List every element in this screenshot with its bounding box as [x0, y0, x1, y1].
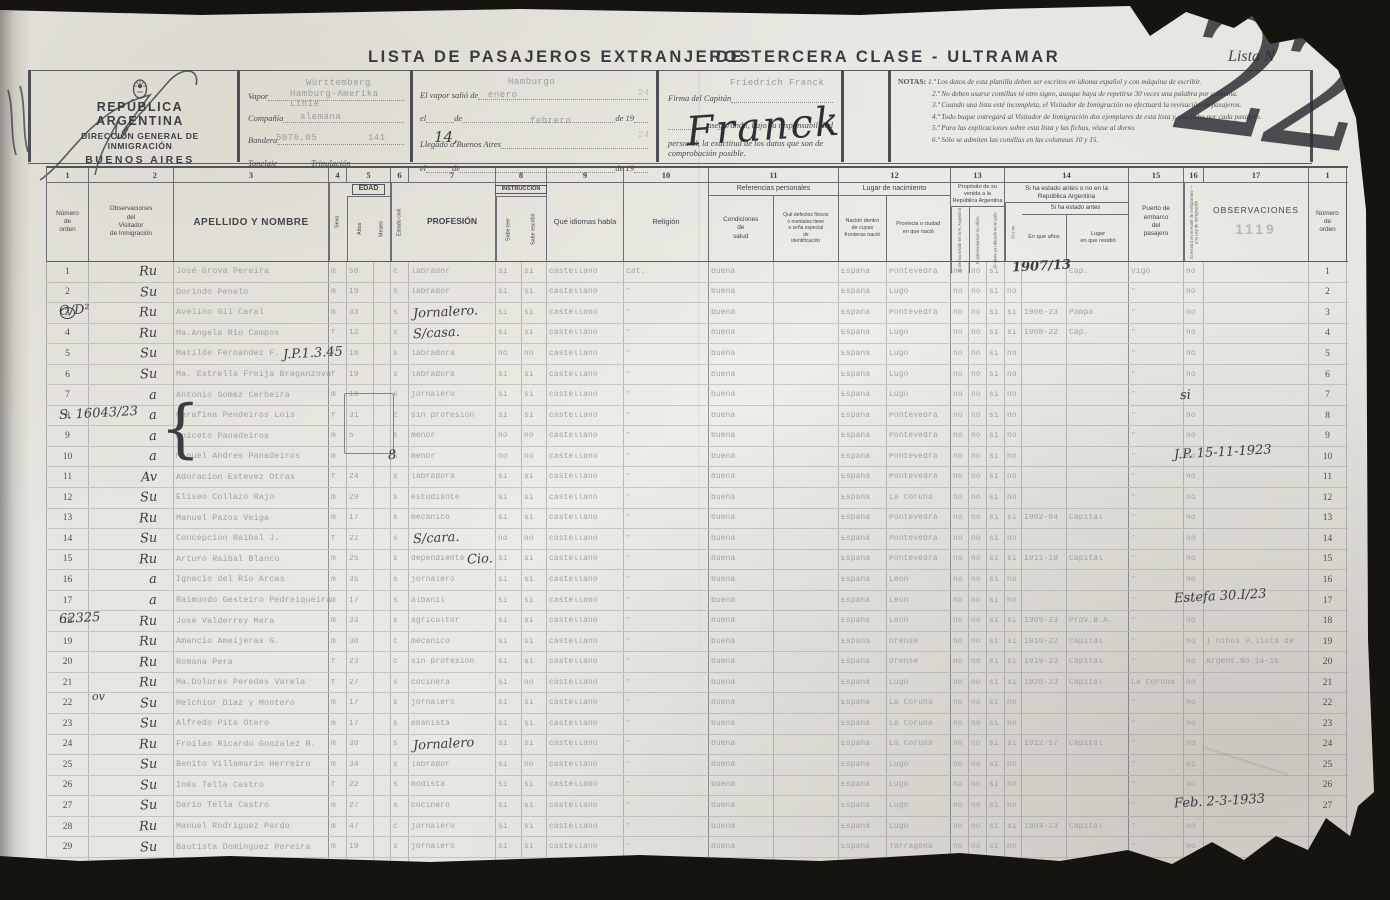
cell-c16: no [1184, 817, 1204, 837]
cell-wr: no [522, 529, 547, 549]
cell-sx: m [329, 488, 347, 508]
cell-rn: 27 [1309, 796, 1347, 816]
cell-name: Concepcion Raibal J. [174, 529, 329, 549]
cell-sal: buena [709, 652, 774, 672]
cell-m1: no [951, 385, 969, 405]
table-row: 27SuDario Tella Castrom27scocinerosisica… [46, 796, 1348, 817]
cell-yrs: 1904-23 [1022, 817, 1067, 837]
cell-nac: España [839, 324, 887, 344]
cell-obs [1204, 529, 1309, 549]
cell-nac: España [839, 632, 887, 652]
cell-m2: no [969, 796, 987, 816]
cell-yrs [1022, 488, 1067, 508]
cell-sx: m [329, 509, 347, 529]
cell-wr: si [522, 652, 547, 672]
cell-rel: " [624, 632, 709, 652]
header-estado-antes-group: Si ha estado antes o no en la República … [1005, 183, 1129, 261]
cell-prof: sin profesion [409, 652, 496, 672]
cell-wr: si [522, 735, 547, 755]
cell-name: Melchior Diaz y Montero [174, 693, 329, 713]
cell-mo [374, 467, 391, 487]
cell-m4: no [1005, 755, 1022, 775]
cell-cv: s [391, 324, 409, 344]
cell-lang: castellano [547, 796, 624, 816]
table-row: 28RuManuel Rodriguez Pardom47cjornaleros… [46, 817, 1348, 838]
cell-yrs: 1902-04 [1022, 509, 1067, 529]
cell-df [774, 324, 839, 344]
cell-sal: buena [709, 365, 774, 385]
cell-rd: no [496, 426, 522, 446]
de19-label: de 19 [615, 113, 634, 123]
cell-rd: si [496, 673, 522, 693]
cell-sx: m [329, 283, 347, 303]
cell-m1: no [951, 693, 969, 713]
cell-rd: si [496, 632, 522, 652]
cell-df [774, 776, 839, 796]
cell-yr: 19 [347, 283, 374, 303]
cell-rel: " [624, 796, 709, 816]
cell-rn: 28 [1309, 817, 1347, 837]
cell-rd: si [496, 735, 522, 755]
cell-sal: buena [709, 426, 774, 446]
cell-name: Inés Tella Castro [174, 776, 329, 796]
cell-port: " [1129, 283, 1184, 303]
cell-m3: si [987, 467, 1005, 487]
header-anos: Años [347, 197, 374, 261]
cell-m1: no [951, 611, 969, 631]
box-divider [656, 70, 659, 162]
cell-nac: España [839, 529, 887, 549]
box-divider [888, 70, 891, 162]
cell-m1: no [951, 652, 969, 672]
cell-rn: 17 [1309, 591, 1347, 611]
cell-nac: España [839, 858, 887, 878]
cell-m2: no [969, 406, 987, 426]
cell-yr: 17 [347, 591, 374, 611]
cell-sx: m [329, 262, 347, 282]
cell-lug: Capital [1067, 550, 1129, 570]
cell-sx: f [329, 529, 347, 549]
cell-yr: 19 [347, 365, 374, 385]
cell-mo [374, 817, 391, 837]
cell-yr: 22 [347, 529, 374, 549]
cell-m3: si [987, 714, 1005, 734]
table-row: 7aAntonio Gomez Cerbeiram18sjornalerosis… [46, 385, 1348, 406]
header-sexo: Sexo [329, 183, 347, 261]
cell-rd: si [496, 755, 522, 775]
table-row: 11AvAdoracion Estevez Otrasf24slabradora… [46, 467, 1348, 488]
cell-rn: 16 [1309, 570, 1347, 590]
cell-m3: si [987, 529, 1005, 549]
cell-c16: no [1184, 488, 1204, 508]
cell-a: a [89, 570, 174, 590]
table-row: 12SuEliseo Collazo Rajom29sestudiantesis… [46, 488, 1348, 509]
cell-m1: no [951, 509, 969, 529]
col-num: 6 [391, 168, 409, 182]
cell-obs [1204, 837, 1309, 857]
cell-mo [374, 591, 391, 611]
cell-mo [374, 509, 391, 529]
cell-nac: España [839, 755, 887, 775]
cell-rel: " [624, 858, 709, 878]
cell-mo [374, 344, 391, 364]
cell-lug [1067, 406, 1129, 426]
cell-prov: Lugo [887, 283, 951, 303]
cell-m3: si [987, 447, 1005, 467]
cell-lug [1067, 796, 1129, 816]
cell-wr: si [522, 632, 547, 652]
cell-n: 25 [47, 755, 89, 775]
cell-prov: Pontevedra [887, 303, 951, 323]
cell-a: Ru [89, 324, 174, 344]
cell-a: Ru [89, 262, 174, 282]
cell-rel: " [624, 344, 709, 364]
cell-yrs [1022, 693, 1067, 713]
cell-name: Eliseo Collazo Rajo [174, 488, 329, 508]
cell-m1: no [951, 632, 969, 652]
cell-a: Su [89, 796, 174, 816]
captain-name-typed: Friedrich Franck [730, 78, 824, 88]
cell-mo [374, 652, 391, 672]
cell-prof: labrador [409, 755, 496, 775]
table-row: 10aManuel Andres Panadeirosm8smenornonoc… [46, 447, 1348, 468]
cell-nac: España [839, 303, 887, 323]
cell-sx: m [329, 591, 347, 611]
cell-n: 15 [47, 550, 89, 570]
cell-prof: jornalero [409, 837, 496, 857]
table-row: 20RuRomana Peraf23csin profesionsisicast… [46, 652, 1348, 673]
cell-nac: España [839, 406, 887, 426]
cell-wr: si [522, 262, 547, 282]
cell-obs [1204, 385, 1309, 405]
org-department: DIRECCIÓN GENERAL DE INMIGRACIÓN [60, 131, 220, 151]
cell-lang: castellano [547, 550, 624, 570]
header-si-o-no: Sí o no [1005, 203, 1022, 261]
cell-rn: 25 [1309, 755, 1347, 775]
cell-wr: no [522, 344, 547, 364]
cell-m3: si [987, 632, 1005, 652]
cell-lug: Capital [1067, 632, 1129, 652]
cell-yrs [1022, 591, 1067, 611]
cell-m3: si [987, 324, 1005, 344]
cell-prof: jornalero [409, 817, 496, 837]
cell-prov: Pontevedra [887, 447, 951, 467]
cell-obs [1204, 755, 1309, 775]
crew-typed: 141 [368, 133, 386, 143]
page-title-right: DE TERCERA CLASE - ULTRAMAR [716, 48, 1060, 67]
cell-nac: España [839, 837, 887, 857]
cell-prof: S/cara. [409, 529, 496, 549]
cell-n: 17 [47, 591, 89, 611]
cell-nac: España [839, 776, 887, 796]
cell-m2: no [969, 385, 987, 405]
cell-m3: si [987, 303, 1005, 323]
table-row: 21RuMa.Dolores Peredes Varelaf27scociner… [46, 673, 1348, 694]
cell-prof: labrador [409, 283, 496, 303]
cell-m1: no [951, 529, 969, 549]
cell-name: Benito Villamarin Herreiro [174, 755, 329, 775]
cell-nac: España [839, 365, 887, 385]
cell-m3: si [987, 550, 1005, 570]
cell-wr: si [522, 591, 547, 611]
cell-m3: si [987, 611, 1005, 631]
cell-n: 9 [47, 426, 89, 446]
cell-name: Raimundo Gesteiro Pedreiqueira [174, 591, 329, 611]
cell-m4: si [1005, 817, 1022, 837]
header-proposito-group: Propósito de su venida a la República Ar… [951, 183, 1005, 261]
cell-sx: m [329, 796, 347, 816]
cell-m4: no [1005, 529, 1022, 549]
departure-month-typed: enero [488, 90, 518, 100]
cell-m2: no [969, 303, 987, 323]
cell-df [774, 858, 839, 878]
cell-yr: 19 [347, 837, 374, 857]
cell-mo [374, 714, 391, 734]
cell-obs [1204, 406, 1309, 426]
cell-yr: 18 [347, 344, 374, 364]
cell-m3: si [987, 837, 1005, 857]
cell-sal: buena [709, 570, 774, 590]
cell-cv: s [391, 693, 409, 713]
cell-c16: no [1184, 652, 1204, 672]
cell-obs: } ninos v.lista de [1204, 632, 1309, 652]
cell-m4: si [1005, 735, 1022, 755]
cell-sal: buena [709, 591, 774, 611]
cell-rn: 24 [1309, 735, 1347, 755]
cell-port: " [1129, 611, 1184, 631]
cell-yr: 12 [347, 324, 374, 344]
cell-lang: castellano [547, 406, 624, 426]
cell-port: " [1129, 652, 1184, 672]
cell-nac: España [839, 467, 887, 487]
ship-info-box: Württemberg Vapor Hamburg-Amerika Linie … [248, 80, 404, 168]
cell-prov: La Coruna [887, 858, 951, 878]
cell-port: " [1129, 488, 1184, 508]
col-num: 11 [709, 168, 839, 182]
cell-sal: buena [709, 693, 774, 713]
cell-obs [1204, 283, 1309, 303]
cell-lug [1067, 755, 1129, 775]
cell-a: Su [89, 283, 174, 303]
cell-mo [374, 632, 391, 652]
cell-lug [1067, 426, 1129, 446]
cell-lang: castellano [547, 262, 624, 282]
cell-name: Arturo Raibal Blanco [174, 550, 329, 570]
cell-mo [374, 693, 391, 713]
header-puerto-embarco: Puerto de embarco del pasajero [1129, 183, 1184, 261]
cell-rd: si [496, 467, 522, 487]
cell-lang: castellano [547, 570, 624, 590]
ship-name-typed: Württemberg [306, 78, 371, 88]
cell-name: Dorindo Penelo [174, 283, 329, 303]
cell-port: " [1129, 714, 1184, 734]
cell-df [774, 673, 839, 693]
cell-nac: España [839, 693, 887, 713]
table-row: 26SuInés Tella Castrof22smodistasisicast… [46, 776, 1348, 797]
cell-m2: no [969, 570, 987, 590]
page-stamp-number: 1119 [1235, 220, 1277, 238]
cell-m4: si [1005, 652, 1022, 672]
header-provincia: Provincia o ciudad en que nació [887, 196, 950, 261]
cell-a: O/D²Ru [89, 303, 174, 323]
cell-rel: " [624, 324, 709, 344]
cell-yr: 25 [347, 550, 374, 570]
cell-prov: La Coruna [887, 693, 951, 713]
cell-rd: si [496, 324, 522, 344]
cell-rd: si [496, 776, 522, 796]
cell-lang: castellano [547, 365, 624, 385]
cell-m2: no [969, 344, 987, 364]
cell-sx: m [329, 858, 347, 878]
cell-lug: Capital [1067, 817, 1129, 837]
cell-yr: 29 [347, 488, 374, 508]
tonnage-typed: 5076,05 [276, 133, 317, 143]
cell-m4: no [1005, 426, 1022, 446]
cell-m2: no [969, 632, 987, 652]
cell-cv: c [391, 262, 409, 282]
cell-port: " [1129, 817, 1184, 837]
cell-prof: mecanico [409, 509, 496, 529]
cell-df [774, 837, 839, 857]
cell-name: Ignacio del Rio Arcas [174, 570, 329, 590]
cell-c16: no [1184, 611, 1204, 631]
cell-sal: buena [709, 262, 774, 282]
cell-m2: no [969, 550, 987, 570]
cell-rel: " [624, 611, 709, 631]
cell-a: Ru [89, 817, 174, 837]
cell-rn: 23 [1309, 714, 1347, 734]
cell-sal: buena [709, 488, 774, 508]
cell-prof: cocinera [409, 673, 496, 693]
cell-lug [1067, 776, 1129, 796]
cell-rd: no [496, 447, 522, 467]
cell-yrs [1022, 837, 1067, 857]
cell-a: Ru [89, 509, 174, 529]
header-estado-civil: Estado civil [391, 183, 409, 261]
cell-df [774, 406, 839, 426]
cell-a: Su [89, 529, 174, 549]
cell-rd: si [496, 693, 522, 713]
cell-yr: 30 [347, 735, 374, 755]
cell-rel: " [624, 735, 709, 755]
col-num: 3 [174, 168, 329, 182]
cell-mo [374, 858, 391, 878]
cell-rel: cat. [624, 262, 709, 282]
cell-nac: España [839, 426, 887, 446]
cell-sx: m [329, 303, 347, 323]
cell-port: La Coruna [1129, 673, 1184, 693]
cell-sal: buena [709, 529, 774, 549]
cell-sx: f [329, 324, 347, 344]
cell-yrs [1022, 858, 1067, 878]
cell-prov: Orense [887, 632, 951, 652]
cell-obs [1204, 673, 1309, 693]
cell-sal: buena [709, 673, 774, 693]
header-apellido-nombre: APELLIDO Y NOMBRE [174, 183, 329, 261]
cell-wr: no [522, 447, 547, 467]
cell-port: " [1129, 467, 1184, 487]
cell-port: " [1129, 324, 1184, 344]
cell-mo [374, 776, 391, 796]
cell-df [774, 344, 839, 364]
cell-obs [1204, 365, 1309, 385]
cell-rel: " [624, 776, 709, 796]
cell-obs [1204, 324, 1309, 344]
cell-obs [1204, 693, 1309, 713]
cell-lug: Pampa [1067, 303, 1129, 323]
cell-prov: Pontevedra [887, 426, 951, 446]
cell-prof: jornalero [409, 693, 496, 713]
cell-n: 13 [47, 509, 89, 529]
cell-c16: no [1184, 673, 1204, 693]
cell-cv: s [391, 570, 409, 590]
pencil-box-ages [344, 393, 394, 454]
cell-nac: España [839, 673, 887, 693]
departure-year-typed: 24 [638, 88, 650, 98]
cell-wr: si [522, 714, 547, 734]
cell-cv: s [391, 735, 409, 755]
cell-lang: castellano [547, 693, 624, 713]
cell-obs [1204, 509, 1309, 529]
cell-m2: no [969, 365, 987, 385]
cell-name: Adoracion Estevez Otras [174, 467, 329, 487]
cell-lang: castellano [547, 324, 624, 344]
cell-df [774, 652, 839, 672]
cell-c16: si [1184, 385, 1204, 405]
cell-sx: m [329, 550, 347, 570]
cell-cv: s [391, 714, 409, 734]
cell-c16 [1184, 858, 1204, 878]
cell-a: Su [89, 365, 174, 385]
cell-df [774, 303, 839, 323]
cell-yrs [1022, 406, 1067, 426]
cell-prov: Pontevedra [887, 467, 951, 487]
cell-rel: " [624, 303, 709, 323]
cell-rn: 26 [1309, 776, 1347, 796]
cell-sal: buena [709, 467, 774, 487]
cell-name: Ma. Estrella Freija Braganzova [174, 365, 329, 385]
cell-yr: 27 [347, 796, 374, 816]
cell-lug: Capital [1067, 673, 1129, 693]
cell-m1: no [951, 406, 969, 426]
cell-nac: España [839, 570, 887, 590]
cell-obs [1204, 735, 1309, 755]
cell-c16: no [1184, 262, 1204, 282]
cell-prov: Pontevedra [887, 550, 951, 570]
cell-m2: no [969, 693, 987, 713]
cell-rn: 7 [1309, 385, 1347, 405]
cell-mo [374, 324, 391, 344]
voyage-info-box: Hamburgo El vapor salió de enero 24 elde… [420, 80, 648, 173]
cell-mo [374, 796, 391, 816]
cell-lang: castellano [547, 837, 624, 857]
cell-cv: s [391, 611, 409, 631]
cell-nac: España [839, 611, 887, 631]
cell-rn: 10 [1309, 447, 1347, 467]
cell-yrs: 1912-17 [1022, 735, 1067, 755]
cell-port: " [1129, 550, 1184, 570]
cell-sx: m [329, 817, 347, 837]
cell-m1: no [951, 570, 969, 590]
cell-m4: si [1005, 611, 1022, 631]
box-divider [237, 70, 240, 162]
cell-m2: no [969, 652, 987, 672]
cell-yrs [1022, 283, 1067, 303]
cell-n: 27 [47, 796, 89, 816]
cell-df [774, 488, 839, 508]
cell-m2: no [969, 755, 987, 775]
cell-sx: m [329, 611, 347, 631]
